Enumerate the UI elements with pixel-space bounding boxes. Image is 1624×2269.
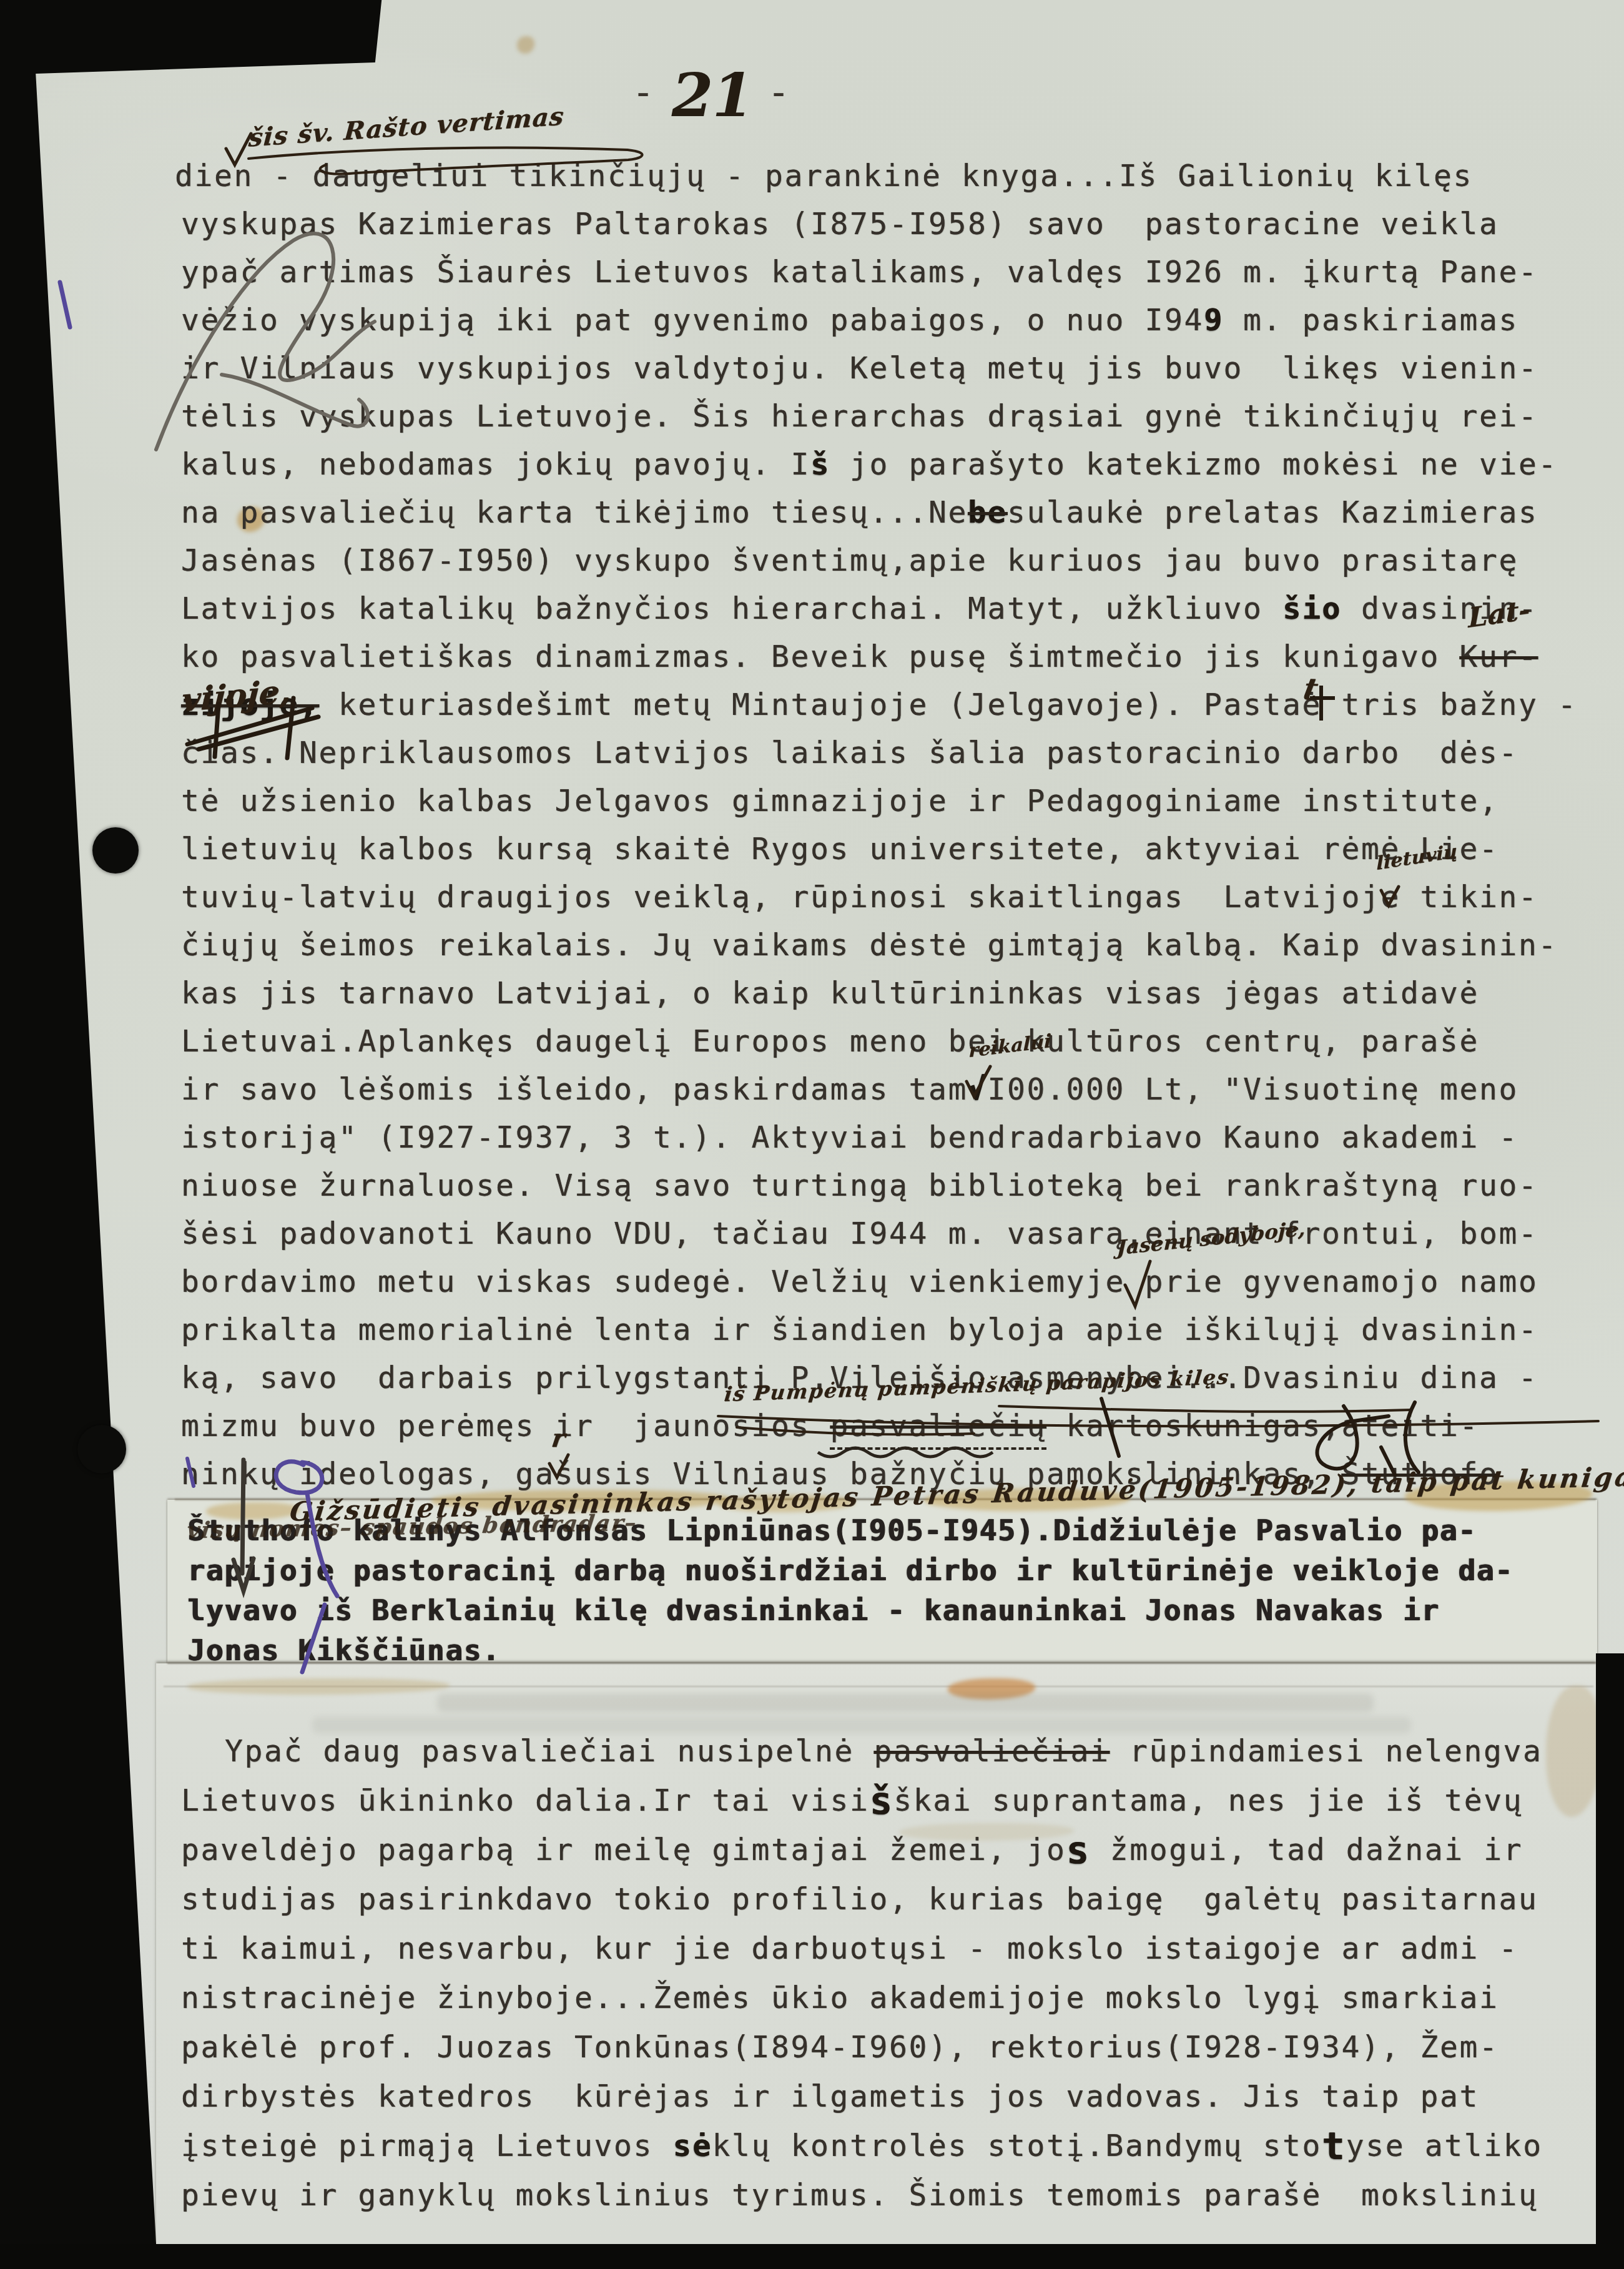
typed-text: nistracinėje žinyboje...Žemės ūkio akade… (181, 1981, 1499, 2016)
typed-text: ko pasvalietiškas dinamizmas. Beveik pus… (181, 639, 1459, 674)
typed-text: klų kontrolės stotį.Bandymų sto (712, 2129, 1321, 2163)
typed-line: tuvių-latvių draugijos veiklą, rūpinosi … (181, 877, 1538, 918)
typed-text: Ne (928, 495, 968, 530)
typed-correction: sė (672, 2129, 712, 2163)
hole-punch (92, 827, 139, 874)
typed-correction: 9 (1204, 303, 1224, 338)
typed-text: studijas pasirinkdavo tokio profilio, ku… (181, 1882, 1538, 1917)
ghost-text-impression (437, 1693, 1374, 1712)
typed-correction: Kur- (1459, 639, 1538, 674)
typed-text: kas jis tarnavo Latvijai, o kaip kultūri… (181, 976, 1479, 1011)
typed-correction: pasvaliečiai (874, 1734, 1110, 1769)
typed-text: Latvijos katalikų bažnyčios hierarchai. … (181, 591, 1282, 626)
typed-text: Jasėnas (I867-I950) vyskupo šventimų,api… (181, 543, 1518, 578)
typed-text: I00.000 Lt, "Visuotinę meno (987, 1072, 1518, 1107)
typed-line: niuose žurnaluose. Visą savo turtingą bi… (181, 1165, 1538, 1206)
typed-line: studijas pasirinkdavo tokio profilio, ku… (181, 1879, 1538, 1920)
typed-text: Ypač daug pasvaliečiai nusipelnė (225, 1734, 874, 1769)
typed-line: vėžio vyskupiją iki pat gyvenimo pabaigo… (181, 300, 1518, 341)
typed-line: Jonas Kikščiūnas. (187, 1630, 500, 1671)
typed-text: Jonas Kikščiūnas. (187, 1633, 500, 1667)
typed-text: ir Vilniaus vyskupijos valdytoju. Keletą… (181, 351, 1538, 386)
page-number-digits: 21 (672, 60, 753, 130)
typed-line: ypač artimas Šiaurės Lietuvos katalikams… (181, 252, 1538, 293)
typed-text: žmogui, tad dažnai ir (1090, 1833, 1523, 1868)
typed-text: ninkų ideologas, ga (181, 1457, 554, 1492)
typed-text: čiųjų šeimos reikalais. Jų vaikams dėstė… (181, 928, 1558, 963)
typed-line: dirbystės katedros kūrėjas ir ilgametis … (181, 2076, 1479, 2117)
typed-text: niuose žurnaluose. Visą savo turtingą bi… (181, 1168, 1538, 1203)
scanned-document-page: - 21 - dien - daugeliui tikinčiųjų - par… (0, 0, 1624, 2269)
typed-line: Latvijos katalikų bažnyčios hierarchai. … (181, 588, 1538, 629)
typed-text: ė tris bažny - (1302, 687, 1577, 722)
typed-text: ti kaimui, nesvarbu, kur jie darbuotųsi … (181, 1931, 1518, 1966)
typed-line: Jasėnas (I867-I950) vyskupo šventimų,api… (181, 540, 1518, 581)
typed-correction: šio (1282, 591, 1342, 626)
typed-text: įsteigė pirmąją Lietuvos (181, 2129, 672, 2163)
typed-line: lyvavo iš Berklainių kilę dvasininkai - … (187, 1590, 1440, 1631)
typed-line: kas jis tarnavo Latvijai, o kaip kultūri… (181, 973, 1479, 1014)
typed-line: pakėlė prof. Juozas Tonkūnas(I894-I960),… (181, 2027, 1499, 2068)
page-number: - 21 - (632, 60, 792, 130)
typed-text: lietuvių kalbos kursą skaitė Rygos unive… (181, 832, 1499, 867)
typed-text: dien - daugeliui tikinčiųjų - parankinė … (175, 159, 1473, 194)
typed-text: kartos (1046, 1409, 1184, 1444)
typed-text: prikalta memorialinė lenta ir šiandien b… (181, 1312, 1538, 1347)
typed-line: zijoje, keturiasdešimt metų Mintaujoje (… (181, 684, 1577, 726)
typed-text: m. paskiriamas (1223, 303, 1518, 338)
typed-line: įsteigė pirmąją Lietuvos sėklų kontrolės… (181, 2125, 1543, 2167)
typed-line: nistracinėje žinyboje...Žemės ūkio akade… (181, 1977, 1499, 2019)
typed-text: sulaukė prelatas Kazimieras (1007, 495, 1538, 530)
scan-black-edge-right (1596, 1653, 1624, 2269)
page-number-dash: - (767, 71, 792, 114)
typed-correction: š (810, 447, 830, 482)
typed-line: čias. Nepriklausomos Latvijos laikais ša… (181, 732, 1518, 774)
typed-line: Lietuvai.Aplankęs daugelį Europos meno b… (181, 1021, 1479, 1062)
typed-text: pievų ir ganyklų mokslinius tyrimus. Šio… (181, 2178, 1538, 2213)
hole-punch (77, 1425, 126, 1474)
typed-text: istoriją" (I927-I937, 3 t.). Aktyviai be… (181, 1120, 1518, 1155)
typed-text: yse atliko (1346, 2129, 1543, 2163)
typed-text: tė užsienio kalbas Jelgavos gimnazijoje … (181, 784, 1499, 819)
typed-correction: t (1322, 2125, 1346, 2168)
typed-text: keturiasdešimt metų Mintaujoje (Jelgavoj… (319, 687, 1302, 722)
typed-line: pievų ir ganyklų mokslinius tyrimus. Šio… (181, 2175, 1538, 2216)
typed-line: ko pasvalietiškas dinamizmas. Beveik pus… (181, 636, 1538, 677)
typed-text: rapijoje pastoracinį darbą nuoširdžiai d… (187, 1553, 1513, 1587)
typed-text: ypač artimas Šiaurės Lietuvos katalikams… (181, 255, 1538, 290)
typed-correction: pasvaliečių (830, 1409, 1046, 1450)
typed-line: prikalta memorialinė lenta ir šiandien b… (181, 1309, 1538, 1351)
typed-correction: s (1066, 1829, 1090, 1873)
typed-line: lietuvių kalbos kursą skaitė Rygos unive… (181, 829, 1499, 870)
typed-text: pakėlė prof. Juozas Tonkūnas(I894-I960),… (181, 2030, 1499, 2065)
typed-text: Lietuvai.Aplankęs daugelį Europos meno b… (181, 1024, 1479, 1059)
typed-text: paveldėjo pagarbą ir meilę gimtajai žeme… (181, 1833, 1066, 1868)
typed-text: rūpindamiesi nelengva (1110, 1734, 1542, 1769)
typed-line: ti kaimui, nesvarbu, kur jie darbuotųsi … (181, 1928, 1518, 1969)
typed-line: rapijoje pastoracinį darbą nuoširdžiai d… (187, 1550, 1513, 1591)
typed-text: kalus, nebodamas jokių pavojų. I (181, 447, 810, 482)
typed-line: Ypač daug pasvaliečiai nusipelnė pasvali… (225, 1731, 1542, 1772)
typed-text: dirbystės katedros kūrėjas ir ilgametis … (181, 2079, 1479, 2114)
typed-correction: be (968, 495, 1007, 530)
typed-line: vyskupas Kazimieras Paltarokas (I875-I95… (181, 204, 1499, 245)
typed-line: čiųjų šeimos reikalais. Jų vaikams dėstė… (181, 925, 1558, 966)
typed-text: ir savo lėšomis išleido, paskirdamas tam (181, 1072, 968, 1107)
scan-black-edge-bottom (0, 2244, 1624, 2269)
typed-text: ateiti- (1341, 1409, 1479, 1444)
typed-text: tuvių-latvių draugijos veiklą, rūpinosi … (181, 880, 1538, 915)
typed-text: kunigas, (1184, 1409, 1341, 1444)
typed-text: vėžio vyskupiją iki pat gyvenimo pabaigo… (181, 303, 1204, 338)
typed-text: vyskupas Kazimieras Paltarokas (I875-I95… (181, 207, 1499, 242)
typed-line: mizmu buvo perėmęs ir jaunosios pasvalie… (181, 1405, 1479, 1447)
typed-text: lyvavo iš Berklainių kilę dvasininkai - … (187, 1593, 1440, 1627)
typed-line: kalus, nebodamas jokių pavojų. Iš jo par… (181, 444, 1558, 485)
typed-text: na pasvaliečių karta tikėjimo tiesų... (181, 495, 928, 530)
typed-text: škai suprantama, nes jie iš tėvų (893, 1783, 1523, 1818)
typed-line: ir Vilniaus vyskupijos valdytoju. Keletą… (181, 348, 1538, 389)
typed-text: bordavimo metu viskas sudegė. Velžių vie… (181, 1264, 1538, 1299)
typed-line: tė užsienio kalbas Jelgavos gimnazijoje … (181, 780, 1499, 822)
typed-line: bordavimo metu viskas sudegė. Velžių vie… (181, 1261, 1538, 1302)
typed-correction: √ (968, 1072, 988, 1107)
typed-line: paveldėjo pagarbą ir meilę gimtajai žeme… (181, 1829, 1523, 1871)
typed-line: šėsi padovanoti Kauno VDU, tačiau I944 m… (181, 1213, 1538, 1254)
typed-text: Lietuvos ūkininko dalia.Ir tai visi (181, 1783, 869, 1818)
typed-line: istoriją" (I927-I937, 3 t.). Aktyviai be… (181, 1117, 1518, 1158)
typed-text: šėsi padovanoti Kauno VDU, tačiau I944 m… (181, 1216, 1538, 1251)
typed-text: jo parašyto katekizmo mokėsi ne vie- (830, 447, 1557, 482)
typed-text: tėlis vyskupas Lietuvoje. Šis hierarchas… (181, 399, 1538, 434)
typed-line: na pasvaliečių karta tikėjimo tiesų...Ne… (181, 492, 1538, 533)
typed-text: čias. Nepriklausomos Latvijos laikais ša… (181, 736, 1518, 770)
typed-text: mizmu buvo perėmęs ir jaunosios (181, 1409, 830, 1444)
typed-line: Lietuvos ūkininko dalia.Ir tai visišškai… (181, 1780, 1523, 1821)
typed-line: dien - daugeliui tikinčiųjų - parankinė … (175, 155, 1473, 197)
typed-correction: š (869, 1779, 893, 1823)
page-number-dash: - (632, 71, 657, 114)
typed-line: tėlis vyskupas Lietuvoje. Šis hierarchas… (181, 396, 1538, 437)
typed-line: ir savo lėšomis išleido, paskirdamas tam… (181, 1069, 1518, 1110)
